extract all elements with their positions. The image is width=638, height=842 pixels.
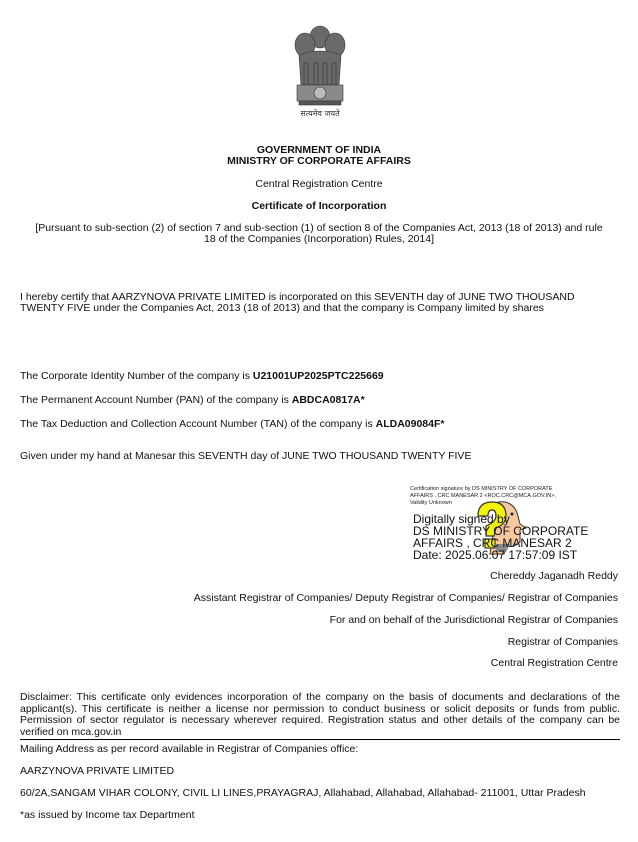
mailing-label: Mailing Address as per record available … [20,743,358,755]
ministry-heading: MINISTRY OF CORPORATE AFFAIRS [0,156,638,167]
pursuant-line-2: 18 of the Companies (Incorporation) Rule… [0,233,638,245]
emblem-motto: सत्यमेव जयते [285,108,355,119]
signatory-behalf: For and on behalf of the Jurisdictional … [330,614,618,626]
pan-label: The Permanent Account Number (PAN) of th… [20,394,292,406]
pan-value: ABDCA0817A* [292,394,365,406]
national-emblem-icon [285,10,355,120]
cin-value: U21001UP2025PTC225669 [253,370,384,382]
mailing-address: 60/2A,SANGAM VIHAR COLONY, CIVIL LI LINE… [20,787,586,799]
cin-statement: The Corporate Identity Number of the com… [20,370,384,382]
cert-line-1: Certification signature by DS MINISTRY O… [410,486,610,493]
given-statement: Given under my hand at Manesar this SEVE… [20,450,471,462]
signatory-designation: Assistant Registrar of Companies/ Deputy… [194,592,618,604]
pan-statement: The Permanent Account Number (PAN) of th… [20,394,365,406]
tan-label: The Tax Deduction and Collection Account… [20,418,376,430]
certify-line-2: TWENTY FIVE under the Companies Act, 201… [20,302,544,314]
signatory-office: Registrar of Companies [508,636,618,648]
digital-signature-text: Digitally signed by DS MINISTRY OF CORPO… [413,513,588,561]
tan-statement: The Tax Deduction and Collection Account… [20,418,445,430]
cin-label: The Corporate Identity Number of the com… [20,370,253,382]
registration-centre: Central Registration Centre [0,178,638,190]
tan-value: ALDA09084F* [376,418,445,430]
disclaimer: Disclaimer: This certificate only eviden… [20,692,620,738]
signatory-name: Chereddy Jaganadh Reddy [490,570,618,582]
separator-rule [20,739,620,740]
signatory-centre: Central Registration Centre [491,657,618,669]
signed-line-4: Date: 2025.06.07 17:57:09 IST [413,549,588,561]
footnote: *as issued by Income tax Department [20,809,195,821]
certificate-title: Certificate of Incorporation [0,200,638,212]
mailing-company: AARZYNOVA PRIVATE LIMITED [20,765,174,777]
